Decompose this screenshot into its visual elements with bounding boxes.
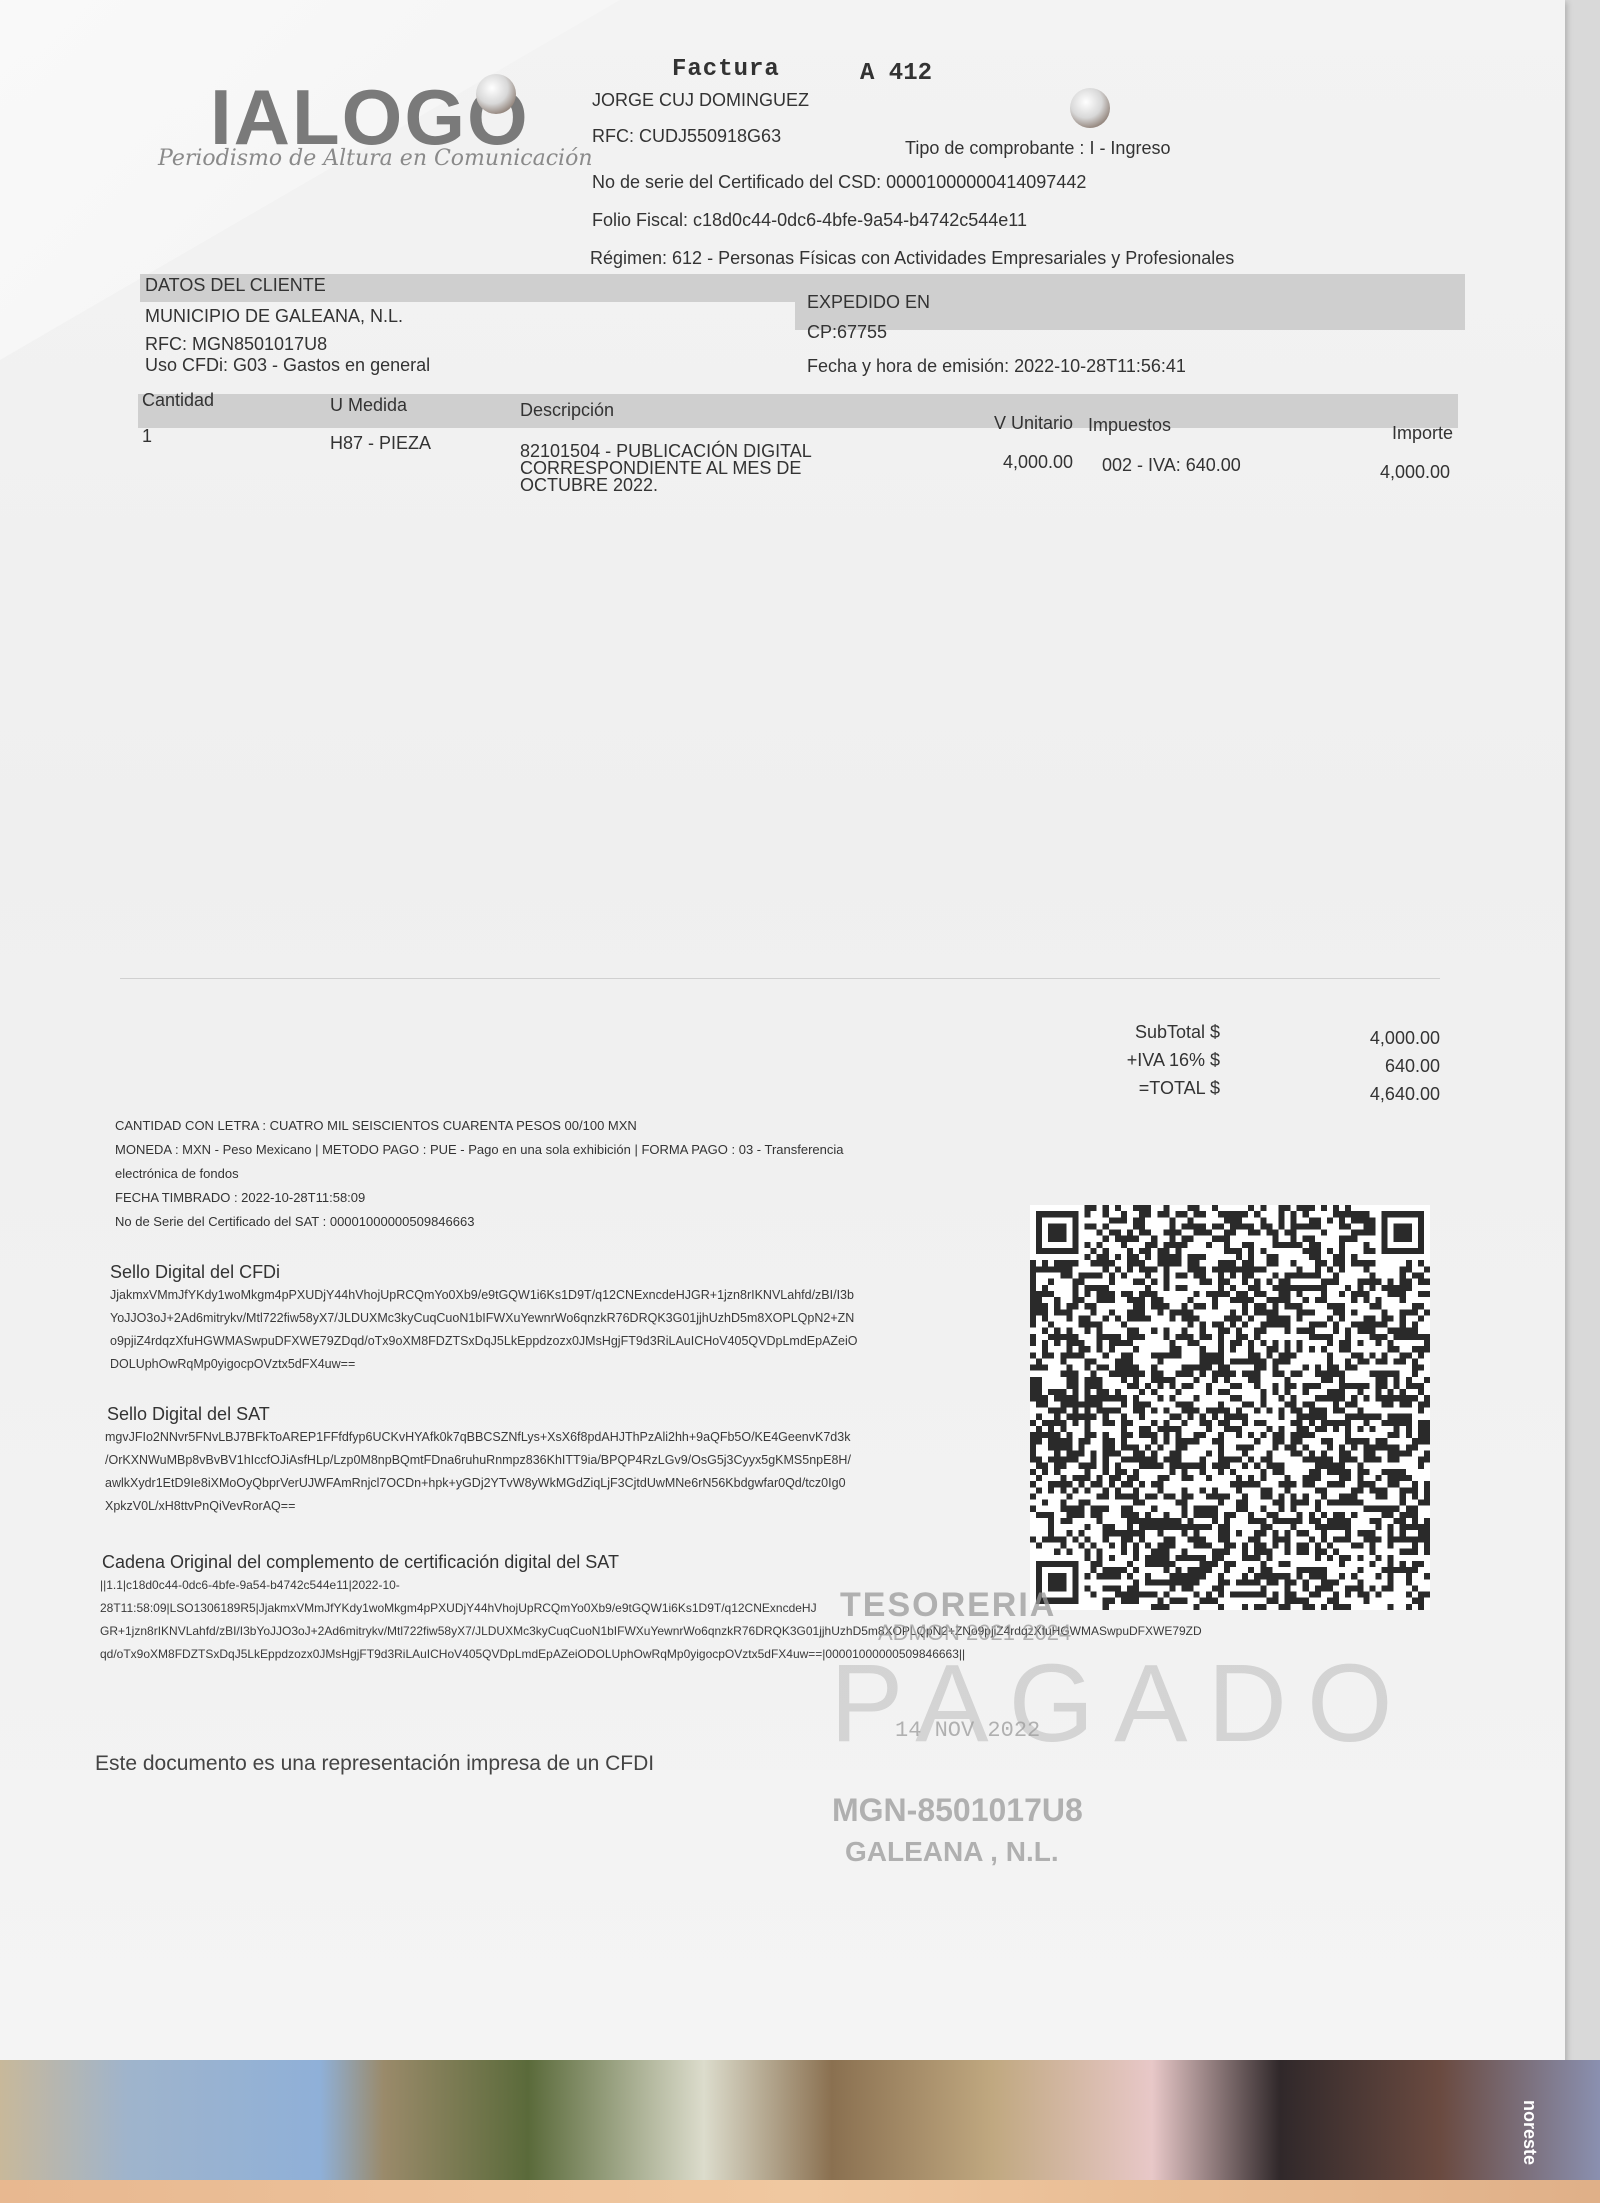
col-cantidad: Cantidad xyxy=(142,390,214,411)
sello-sat-value: mgvJFIo2NNvr5FNvLBJ7BFkToAREP1FFfdfyp6UC… xyxy=(105,1426,985,1518)
item-valor-unitario: 4,000.00 xyxy=(1003,452,1073,473)
col-impuestos: Impuestos xyxy=(1088,415,1171,436)
client-name: MUNICIPIO DE GALEANA, N.L. xyxy=(145,306,403,327)
pushpin-icon xyxy=(1070,88,1110,128)
col-valor-unitario: V Unitario xyxy=(994,413,1073,434)
stamp-date: 14 NOV 2022 xyxy=(895,1718,1040,1743)
client-header-band xyxy=(140,274,1465,302)
col-unidad: U Medida xyxy=(330,395,407,416)
subtotal-value: 4,000.00 xyxy=(1330,1028,1440,1049)
total-value: 4,640.00 xyxy=(1330,1084,1440,1105)
item-descripcion: 82101504 - PUBLICACIÓN DIGITAL CORRESPON… xyxy=(520,443,812,494)
client-heading: DATOS DEL CLIENTE xyxy=(145,275,326,296)
divider xyxy=(120,978,1440,979)
client-uso-cfdi: Uso CFDi: G03 - Gastos en general xyxy=(145,355,430,376)
item-importe: 4,000.00 xyxy=(1380,462,1450,483)
cantidad-con-letra: CANTIDAD CON LETRA : CUATRO MIL SEISCIEN… xyxy=(115,1118,637,1133)
pushpin-icon xyxy=(476,74,516,114)
tipo-comprobante: Tipo de comprobante : I - Ingreso xyxy=(905,138,1170,159)
document-title: Factura xyxy=(672,56,780,83)
forma-pago-cont: electrónica de fondos xyxy=(115,1166,239,1181)
col-importe: Importe xyxy=(1392,423,1453,444)
expedido-cp: CP:67755 xyxy=(807,322,887,343)
sello-cfdi-title: Sello Digital del CFDi xyxy=(110,1262,280,1283)
item-impuestos: 002 - IVA: 640.00 xyxy=(1102,455,1241,476)
iva-value: 640.00 xyxy=(1330,1056,1440,1077)
iva-label: +IVA 16% $ xyxy=(1100,1050,1220,1071)
sello-sat-title: Sello Digital del SAT xyxy=(107,1404,270,1425)
emitter-rfc: RFC: CUDJ550918G63 xyxy=(592,126,781,147)
strip-text: noreste xyxy=(1519,2100,1540,2165)
col-descripcion: Descripción xyxy=(520,400,614,421)
cert-sat-serial: No de Serie del Certificado del SAT : 00… xyxy=(115,1214,474,1229)
item-cantidad: 1 xyxy=(142,426,152,447)
background-orange-band xyxy=(0,2180,1600,2203)
regimen-fiscal: Régimen: 612 - Personas Físicas con Acti… xyxy=(590,248,1234,269)
moneda-metodo-forma: MONEDA : MXN - Peso Mexicano | METODO PA… xyxy=(115,1142,844,1157)
company-tagline: Periodismo de Altura en Comunicación xyxy=(158,146,593,171)
invoice-folio: A 412 xyxy=(860,60,932,87)
qr-code xyxy=(1030,1205,1430,1610)
folio-fiscal: Folio Fiscal: c18d0c44-0dc6-4bfe-9a54-b4… xyxy=(592,210,1027,231)
expedido-heading: EXPEDIDO EN xyxy=(807,292,930,313)
sello-cfdi-value: JjakmxVMmJfYKdy1woMkgm4pPXUDjY44hVhojUpR… xyxy=(110,1284,990,1376)
stamp-pagado: PAGADO xyxy=(830,1640,1413,1767)
subtotal-label: SubTotal $ xyxy=(1125,1022,1220,1043)
item-unidad: H87 - PIEZA xyxy=(330,433,431,454)
invoice-sheet: Factura A 412 IALOGO Periodismo de Altur… xyxy=(0,0,1565,2085)
fecha-timbrado: FECHA TIMBRADO : 2022-10-28T11:58:09 xyxy=(115,1190,365,1205)
stamp-place: GALEANA , N.L. xyxy=(845,1836,1059,1868)
stamp-rfc: MGN-8501017U8 xyxy=(832,1792,1083,1829)
client-rfc: RFC: MGN8501017U8 xyxy=(145,334,327,355)
cadena-original-title: Cadena Original del complemento de certi… xyxy=(102,1552,619,1573)
total-label: =TOTAL $ xyxy=(1100,1078,1220,1099)
csd-serial: No de serie del Certificado del CSD: 000… xyxy=(592,172,1086,193)
cfdi-footer-note: Este documento es una representación imp… xyxy=(95,1752,654,1776)
emitter-name: JORGE CUJ DOMINGUEZ xyxy=(592,90,809,111)
fecha-emision: Fecha y hora de emisión: 2022-10-28T11:5… xyxy=(807,356,1186,377)
